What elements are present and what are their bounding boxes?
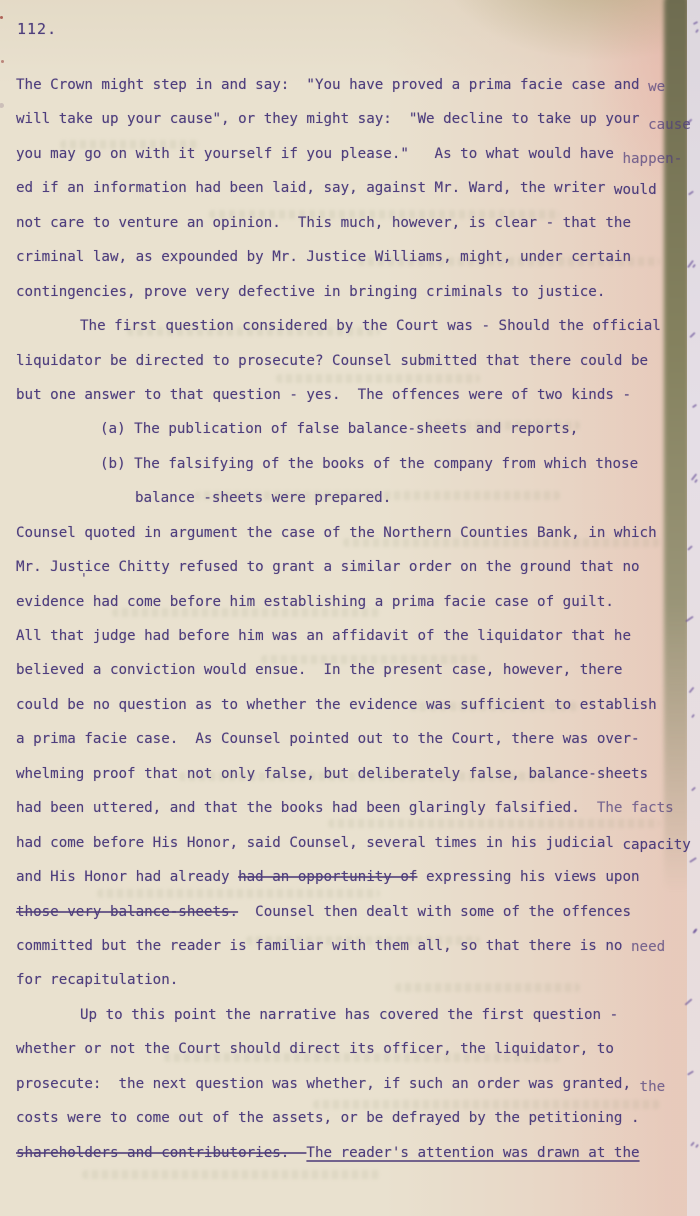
scanned-document-page: 112. The Crown might step in and say: "Y…	[0, 0, 700, 1216]
text-line: committed but the reader is familiar wit…	[16, 929, 700, 963]
text-segment: cause	[648, 117, 691, 133]
stray-apostrophe-mark: '	[80, 572, 88, 587]
text-segment: ed if an information had been laid, say,…	[16, 180, 614, 196]
page-number: 112.	[17, 20, 57, 38]
text-segment: happen-	[622, 151, 682, 167]
text-segment: The Crown might step in and say: "You ha…	[16, 77, 648, 93]
text-segment: but one answer to that question - yes. T…	[16, 387, 631, 403]
text-segment: shareholders and contributories.	[16, 1145, 306, 1161]
text-line: (a) The publication of false balance-she…	[16, 412, 700, 446]
text-body: The Crown might step in and say: "You ha…	[16, 68, 700, 1170]
text-line: and His Honor had already had an opportu…	[16, 860, 700, 894]
text-segment: a prima facie case. As Counsel pointed o…	[16, 731, 640, 747]
text-segment: had an opportunity of	[238, 869, 417, 885]
text-segment: believed a conviction would ensue. In th…	[16, 662, 622, 678]
text-segment: had come before His Honor, said Counsel,…	[16, 835, 622, 851]
text-line: those very balance-sheets. Counsel then …	[16, 895, 700, 929]
text-line: ed if an information had been laid, say,…	[16, 171, 700, 205]
text-line: liquidator be directed to prosecute? Cou…	[16, 344, 700, 378]
text-line: had come before His Honor, said Counsel,…	[16, 826, 700, 860]
text-segment: Counsel quoted in argument the case of t…	[16, 525, 657, 541]
text-segment: evidence had come before him establishin…	[16, 594, 614, 610]
text-segment: for recapitulation.	[16, 972, 178, 988]
text-segment: you may go on with it yourself if you pl…	[16, 146, 622, 162]
text-line: prosecute: the next question was whether…	[16, 1067, 700, 1101]
text-line: Mr. Justice Chitty refused to grant a si…	[16, 550, 700, 584]
left-edge-specks	[0, 16, 3, 19]
text-line: will take up your cause", or they might …	[16, 102, 700, 136]
text-line: shareholders and contributories. The rea…	[16, 1136, 700, 1170]
text-line: but one answer to that question - yes. T…	[16, 378, 700, 412]
text-segment: balance -sheets were prepared.	[135, 490, 391, 506]
text-line: a prima facie case. As Counsel pointed o…	[16, 722, 700, 756]
text-line: All that judge had before him was an aff…	[16, 619, 700, 653]
text-segment: capacity	[622, 837, 690, 853]
text-line: criminal law, as expounded by Mr. Justic…	[16, 240, 700, 274]
text-segment: expressing his views upon	[417, 869, 639, 885]
text-segment: whelming proof that not only false, but …	[16, 766, 648, 782]
text-line: Counsel quoted in argument the case of t…	[16, 516, 700, 550]
text-segment: we	[648, 79, 665, 95]
text-line: had been uttered, and that the books had…	[16, 791, 700, 825]
text-segment: All that judge had before him was an aff…	[16, 628, 631, 644]
text-line: could be no question as to whether the e…	[16, 688, 700, 722]
text-segment: criminal law, as expounded by Mr. Justic…	[16, 249, 631, 265]
text-line: you may go on with it yourself if you pl…	[16, 137, 700, 171]
text-line: Up to this point the narrative has cover…	[16, 998, 700, 1032]
text-line: (b) The falsifying of the books of the c…	[16, 447, 700, 481]
text-segment: and His Honor had already	[16, 869, 238, 885]
text-segment: The facts	[597, 800, 674, 816]
text-line: balance -sheets were prepared.	[16, 481, 700, 515]
text-line: evidence had come before him establishin…	[16, 585, 700, 619]
text-segment: The first question considered by the Cou…	[80, 318, 661, 334]
text-segment: not care to venture an opinion. This muc…	[16, 215, 631, 231]
text-segment: those very balance-sheets.	[16, 904, 238, 920]
text-line: costs were to come out of the assets, or…	[16, 1101, 700, 1135]
text-segment: could be no question as to whether the e…	[16, 697, 657, 713]
text-segment: the	[640, 1079, 666, 1095]
text-line: The Crown might step in and say: "You ha…	[16, 68, 700, 102]
text-segment: contingencies, prove very defective in b…	[16, 284, 605, 300]
text-segment: would	[614, 182, 657, 198]
text-segment: liquidator be directed to prosecute? Cou…	[16, 353, 648, 369]
text-segment: Counsel then dealt with some of the offe…	[238, 904, 631, 920]
text-line: The first question considered by the Cou…	[16, 309, 700, 343]
text-line: whether or not the Court should direct i…	[16, 1032, 700, 1066]
text-line: contingencies, prove very defective in b…	[16, 275, 700, 309]
text-line: not care to venture an opinion. This muc…	[16, 206, 700, 240]
text-segment: had been uttered, and that the books had…	[16, 800, 597, 816]
text-segment: costs were to come out of the assets, or…	[16, 1110, 640, 1126]
text-segment: whether or not the Court should direct i…	[16, 1041, 614, 1057]
text-segment: need	[631, 939, 665, 955]
text-segment: (b) The falsifying of the books of the c…	[100, 456, 638, 472]
text-segment: prosecute: the next question was whether…	[16, 1076, 640, 1092]
text-line: believed a conviction would ensue. In th…	[16, 653, 700, 687]
text-line: whelming proof that not only false, but …	[16, 757, 700, 791]
text-segment: Up to this point the narrative has cover…	[80, 1007, 618, 1023]
text-segment: The reader's attention was drawn at the	[306, 1145, 639, 1161]
text-line: for recapitulation.	[16, 963, 700, 997]
text-segment: committed but the reader is familiar wit…	[16, 938, 631, 954]
text-segment: (a) The publication of false balance-she…	[100, 421, 578, 437]
text-segment: Mr. Justice Chitty refused to grant a si…	[16, 559, 640, 575]
text-segment: will take up your cause", or they might …	[16, 111, 648, 127]
